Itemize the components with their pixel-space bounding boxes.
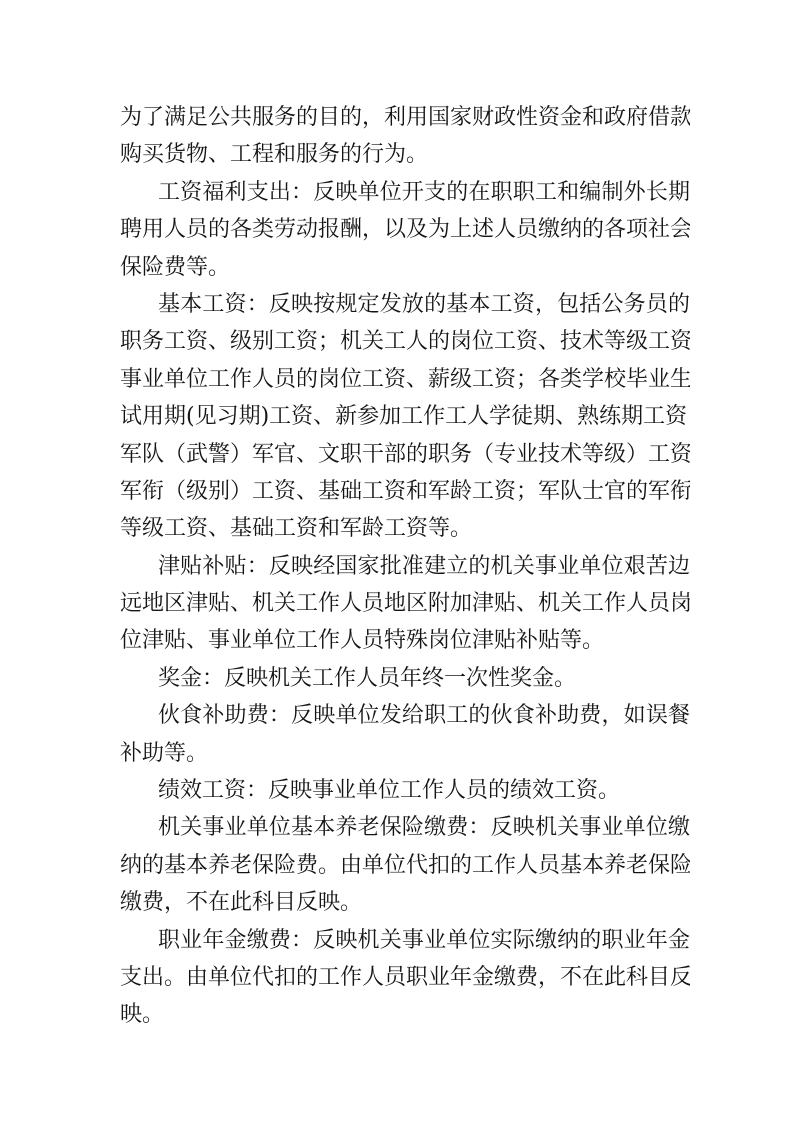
- text-line: 为了满足公共服务的目的，利用国家财政性资金和政府借款: [120, 99, 690, 136]
- paragraph: 职业年金缴费：反映机关事业单位实际缴纳的职业年金支出。由单位代扣的工作人员职业年…: [120, 922, 690, 1034]
- text-line: 职务工资、级别工资；机关工人的岗位工资、技术等级工资；: [120, 323, 690, 360]
- text-line: 基本工资：反映按规定发放的基本工资，包括公务员的: [120, 286, 690, 323]
- paragraph: 绩效工资：反映事业单位工作人员的绩效工资。: [120, 772, 690, 809]
- text-line: 等级工资、基础工资和军龄工资等。: [120, 510, 690, 547]
- text-line: 津贴补贴：反映经国家批准建立的机关事业单位艰苦边: [120, 548, 690, 585]
- text-line: 军衔（级别）工资、基础工资和军龄工资；军队士官的军衔: [120, 473, 690, 510]
- paragraph: 伙食补助费：反映单位发给职工的伙食补助费，如误餐补助等。: [120, 697, 690, 772]
- text-line: 支出。由单位代扣的工作人员职业年金缴费，不在此科目反: [120, 959, 690, 996]
- paragraph: 机关事业单位基本养老保险缴费：反映机关事业单位缴纳的基本养老保险费。由单位代扣的…: [120, 809, 690, 921]
- paragraph: 为了满足公共服务的目的，利用国家财政性资金和政府借款购买货物、工程和服务的行为。: [120, 99, 690, 174]
- text-line: 机关事业单位基本养老保险缴费：反映机关事业单位缴: [120, 809, 690, 846]
- text-line: 保险费等。: [120, 249, 690, 286]
- text-line: 绩效工资：反映事业单位工作人员的绩效工资。: [120, 772, 690, 809]
- text-line: 伙食补助费：反映单位发给职工的伙食补助费，如误餐: [120, 697, 690, 734]
- text-line: 聘用人员的各类劳动报酬，以及为上述人员缴纳的各项社会: [120, 211, 690, 248]
- paragraph: 工资福利支出：反映单位开支的在职职工和编制外长期聘用人员的各类劳动报酬，以及为上…: [120, 174, 690, 286]
- text-line: 工资福利支出：反映单位开支的在职职工和编制外长期: [120, 174, 690, 211]
- text-line: 位津贴、事业单位工作人员特殊岗位津贴补贴等。: [120, 622, 690, 659]
- text-line: 职业年金缴费：反映机关事业单位实际缴纳的职业年金: [120, 922, 690, 959]
- text-line: 购买货物、工程和服务的行为。: [120, 136, 690, 173]
- text-line: 远地区津贴、机关工作人员地区附加津贴、机关工作人员岗: [120, 585, 690, 622]
- text-line: 补助等。: [120, 735, 690, 772]
- text-line: 奖金：反映机关工作人员年终一次性奖金。: [120, 660, 690, 697]
- document-text-block: 为了满足公共服务的目的，利用国家财政性资金和政府借款购买货物、工程和服务的行为。…: [120, 99, 690, 1034]
- text-line: 军队（武警）军官、文职干部的职务（专业技术等级）工资、: [120, 436, 690, 473]
- paragraph: 基本工资：反映按规定发放的基本工资，包括公务员的职务工资、级别工资；机关工人的岗…: [120, 286, 690, 548]
- text-line: 纳的基本养老保险费。由单位代扣的工作人员基本养老保险: [120, 847, 690, 884]
- document-page: 为了满足公共服务的目的，利用国家财政性资金和政府借款购买货物、工程和服务的行为。…: [0, 0, 793, 1122]
- text-line: 试用期(见习期)工资、新参加工作工人学徒期、熟练期工资；: [120, 398, 690, 435]
- paragraph: 奖金：反映机关工作人员年终一次性奖金。: [120, 660, 690, 697]
- text-line: 事业单位工作人员的岗位工资、薪级工资；各类学校毕业生: [120, 361, 690, 398]
- text-line: 缴费，不在此科目反映。: [120, 884, 690, 921]
- paragraph: 津贴补贴：反映经国家批准建立的机关事业单位艰苦边远地区津贴、机关工作人员地区附加…: [120, 548, 690, 660]
- text-line: 映。: [120, 996, 690, 1033]
